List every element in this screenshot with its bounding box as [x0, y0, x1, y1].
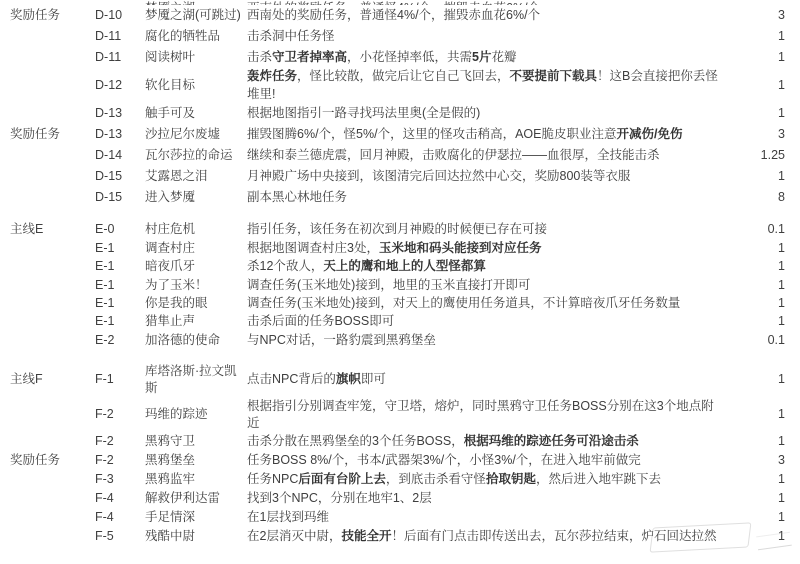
quest-row: E-1你是我的眼调查任务(玉米地处)接到，对天上的鹰使用任务道具，不计算暗夜爪牙…: [10, 295, 800, 313]
quest-value-cell: 1: [725, 490, 800, 508]
quest-value-cell: 8: [725, 189, 800, 207]
quest-value-cell: 3: [725, 452, 800, 470]
quest-name-cell: 艾露恩之泪: [145, 168, 247, 186]
quest-row: E-1猎隼止声击杀后面的任务BOSS即可1: [10, 313, 800, 331]
quest-id-cell: D-11: [95, 28, 145, 46]
quest-value-cell: 1: [725, 168, 800, 186]
description-segment: 后面有台阶上去: [298, 472, 386, 486]
quest-description-cell: 调查任务(玉米地处)接到，对天上的鹰使用任务道具，不计算暗夜爪牙任务数量: [247, 295, 725, 313]
description-segment: 根据地图调查村庄3处，: [247, 241, 379, 255]
quest-row: E-2加洛德的使命与NPC对话，一路豹震到黑鸦堡垒0.1: [10, 331, 800, 349]
description-segment: 即可: [361, 372, 386, 386]
description-segment: 调查任务(玉米地处)接到，对天上的鹰使用任务道具，不计算暗夜爪牙任务数量: [247, 296, 680, 310]
quest-name-cell: 进入梦魇: [145, 189, 247, 207]
quest-value-cell: 1: [725, 49, 800, 67]
quest-value-cell: 1: [725, 528, 800, 546]
category-cell: 主线E: [10, 221, 95, 239]
quest-name-cell: 梦魇之湖(可跳过): [145, 7, 247, 25]
quest-description-cell: 根据地图指引一路寻找玛法里奥(全是假的): [247, 105, 725, 123]
quest-row: 奖励任务D-10梦魇之湖(可跳过)西南处的奖励任务，普通怪4%/个，摧毁赤血花6…: [10, 5, 800, 26]
quest-name-cell: 沙拉尼尔废墟: [145, 126, 247, 144]
quest-name-cell: 手足情深: [145, 509, 247, 527]
quest-name-cell: 猎隼止声: [145, 313, 247, 331]
quest-row: D-13触手可及根据地图指引一路寻找玛法里奥(全是假的)1: [10, 103, 800, 124]
quest-id-cell: F-2: [95, 433, 145, 451]
description-segment: 点击NPC背后的: [247, 372, 336, 386]
quest-id-cell: E-1: [95, 258, 145, 276]
description-segment: 5片: [472, 50, 491, 64]
quest-row: F-3黑鸦监牢任务NPC后面有台阶上去，到底击杀看守怪拾取钥匙，然后进入地牢跳下…: [10, 471, 800, 490]
category-cell: 奖励任务: [10, 7, 95, 25]
quest-description-cell: 杀12个敌人，天上的鹰和地上的人型怪都算: [247, 258, 725, 276]
quest-name-cell: 瓦尔莎拉的命运: [145, 147, 247, 165]
quest-value-cell: 1: [725, 313, 800, 331]
quest-row: E-1暗夜爪牙杀12个敌人，天上的鹰和地上的人型怪都算1: [10, 258, 800, 276]
quest-id-cell: F-4: [95, 509, 145, 527]
quest-id-cell: D-10: [95, 7, 145, 25]
quest-id-cell: E-2: [95, 332, 145, 350]
description-segment: ，然后进入地牢跳下去: [536, 472, 661, 486]
quest-id-cell: F-5: [95, 528, 145, 546]
quest-description-cell: 与NPC对话，一路豹震到黑鸦堡垒: [247, 332, 725, 350]
description-segment: 任务NPC: [247, 472, 298, 486]
quest-id-cell: F-4: [95, 490, 145, 508]
description-segment: 摧毁图腾6%/个，怪5%/个，这里的怪攻击稍高，AOE脆皮职业注意: [247, 127, 616, 141]
quest-name-cell: 玛维的踪迹: [145, 406, 247, 424]
description-segment: 击杀洞中任务怪: [247, 29, 335, 43]
quest-name-cell: 软化目标: [145, 77, 247, 95]
quest-name-cell: 库塔洛斯·拉文凯斯: [145, 363, 247, 398]
quest-value-cell: 1: [725, 240, 800, 258]
quest-row: 奖励任务D-13沙拉尼尔废墟摧毁图腾6%/个，怪5%/个，这里的怪攻击稍高，AO…: [10, 124, 800, 145]
description-segment: 在2层消灭中尉，: [247, 529, 341, 543]
quest-description-cell: 击杀分散在黑鸦堡垒的3个任务BOSS，根据玛维的踪迹任务可沿途击杀: [247, 433, 725, 451]
quest-value-cell: 1: [725, 105, 800, 123]
description-segment: 击杀分散在黑鸦堡垒的3个任务BOSS，: [247, 434, 464, 448]
quest-value-cell: 3: [725, 126, 800, 144]
quest-row: 奖励任务F-2黑鸦堡垒任务BOSS 8%/个，书本/武器架3%/个，小怪3%/个…: [10, 452, 800, 471]
quest-description-cell: 点击NPC背后的旗帜即可: [247, 371, 725, 389]
quest-row: F-5残酷中尉在2层消灭中尉，技能全开！后面有门点击即传送出去，瓦尔莎拉结束，炉…: [10, 528, 800, 547]
quest-row: D-15进入梦魇副本黑心林地任务8: [10, 187, 800, 208]
quest-value-cell: 1: [725, 406, 800, 424]
description-segment: 开减伤/免伤: [616, 127, 682, 141]
quest-name-cell: 村庄危机: [145, 221, 247, 239]
description-segment: 根据地图指引一路寻找玛法里奥(全是假的): [247, 106, 480, 120]
quest-row: D-11阅读树叶击杀守卫者掉率高，小花怪掉率低，共需5片花瓣1: [10, 47, 800, 68]
quest-id-cell: F-2: [95, 406, 145, 424]
quest-name-cell: 触手可及: [145, 105, 247, 123]
quest-description-cell: 找到3个NPC，分别在地牢1、2层: [247, 490, 725, 508]
description-segment: 玉米地和码头能接到对应任务: [379, 241, 542, 255]
quest-description-cell: 根据地图调查村庄3处，玉米地和码头能接到对应任务: [247, 240, 725, 258]
quest-row: F-2玛维的踪迹根据指引分别调查牢笼，守卫塔，熔炉，同时黑鸦守卫任务BOSS分别…: [10, 398, 800, 433]
quest-name-cell: 加洛德的使命: [145, 332, 247, 350]
description-segment: 西南处的奖励任务，普通怪4%/个，摧毁赤血花6%/个: [247, 1, 540, 5]
description-segment: 在1层找到玛维: [247, 510, 329, 524]
quest-id-cell: F-1: [95, 371, 145, 389]
description-segment: ！后面有门点击即传送出去，瓦尔莎拉结束，炉石回达拉然: [391, 529, 716, 543]
quest-row: F-4手足情深在1层找到玛维1: [10, 509, 800, 528]
quest-row: D-14瓦尔莎拉的命运继续和泰兰德虎震，回月神殿，击败腐化的伊瑟拉——血很厚，全…: [10, 145, 800, 166]
quest-name-cell: 暗夜爪牙: [145, 258, 247, 276]
quest-description-cell: 西南处的奖励任务，普通怪4%/个，摧毁赤血花6%/个: [247, 7, 725, 25]
quest-value-cell: 1: [725, 371, 800, 389]
description-segment: 旗帜: [336, 372, 361, 386]
quest-value-cell: 1.25: [725, 147, 800, 165]
quest-description-cell: 任务NPC后面有台阶上去，到底击杀看守怪拾取钥匙，然后进入地牢跳下去: [247, 471, 725, 489]
category-cell: 奖励任务: [10, 452, 95, 470]
quest-row: D-15艾露恩之泪月神殿广场中央接到，该图清完后回达拉然中心交，奖励800装等衣…: [10, 166, 800, 187]
quest-row: E-1为了玉米！调查任务(玉米地处)接到，地里的玉米直接打开即可1: [10, 276, 800, 294]
quest-value-cell: 1: [725, 28, 800, 46]
quest-id-cell: D-15: [95, 168, 145, 186]
quest-description-cell: 在1层找到玛维: [247, 509, 725, 527]
quest-name-cell: 梦魇之湖: [145, 0, 247, 5]
quest-description-cell: 击杀守卫者掉率高，小花怪掉率低，共需5片花瓣: [247, 49, 725, 67]
description-segment: 任务BOSS 8%/个，书本/武器架3%/个，小怪3%/个，在进入地牢前做完: [247, 453, 641, 467]
quest-row: D-12软化目标轰炸任务，怪比较散，做完后让它自己飞回去，不要提前下载具！这B会…: [10, 68, 800, 103]
description-segment: 与NPC对话，一路豹震到黑鸦堡垒: [247, 333, 436, 347]
quest-row: F-2黑鸦守卫击杀分散在黑鸦堡垒的3个任务BOSS，根据玛维的踪迹任务可沿途击杀…: [10, 433, 800, 452]
quest-id-cell: D-15: [95, 189, 145, 207]
quest-row: E-1调查村庄根据地图调查村庄3处，玉米地和码头能接到对应任务1: [10, 239, 800, 257]
quest-description-cell: 继续和泰兰德虎震，回月神殿，击败腐化的伊瑟拉——血很厚，全技能击杀: [247, 147, 725, 165]
category-cell: 奖励任务: [10, 126, 95, 144]
description-segment: 调查任务(玉米地处)接到，地里的玉米直接打开即可: [247, 278, 530, 292]
description-segment: 拾取钥匙: [486, 472, 536, 486]
description-segment: 根据指引分别调查牢笼，守卫塔，熔炉，同时黑鸦守卫任务BOSS分别在这3个地点附近: [247, 399, 714, 431]
quest-description-cell: 轰炸任务，怪比较散，做完后让它自己飞回去，不要提前下载具！这B会直接把你丢怪堆里…: [247, 68, 725, 103]
quest-description-cell: 任务BOSS 8%/个，书本/武器架3%/个，小怪3%/个，在进入地牢前做完: [247, 452, 725, 470]
quest-name-cell: 腐化的牺牲品: [145, 28, 247, 46]
quest-value-cell: 1: [725, 277, 800, 295]
description-segment: 西南处的奖励任务，普通怪4%/个，摧毁赤血花6%/个: [247, 8, 540, 22]
quest-id-cell: D-14: [95, 147, 145, 165]
description-segment: 找到3个NPC，分别在地牢1、2层: [247, 491, 432, 505]
quest-value-cell: 1: [725, 471, 800, 489]
quest-value-cell: 1: [725, 295, 800, 313]
quest-id-cell: E-1: [95, 240, 145, 258]
quest-description-cell: 调查任务(玉米地处)接到，地里的玉米直接打开即可: [247, 277, 725, 295]
quest-row: F-4解救伊利达雷找到3个NPC，分别在地牢1、2层1: [10, 490, 800, 509]
quest-name-cell: 黑鸦堡垒: [145, 452, 247, 470]
quest-id-cell: D-13: [95, 105, 145, 123]
description-segment: ，到底击杀看守怪: [386, 472, 486, 486]
quest-value-cell: 0.1: [725, 332, 800, 350]
quest-row: 主线FF-1库塔洛斯·拉文凯斯点击NPC背后的旗帜即可1: [10, 363, 800, 398]
description-segment: 击杀: [247, 50, 272, 64]
quest-description-cell: 指引任务，该任务在初次到月神殿的时候便已存在可接: [247, 221, 725, 239]
quest-value-cell: 3: [725, 7, 800, 25]
description-segment: ，怪比较散，做完后让它自己飞回去，: [297, 69, 510, 83]
description-segment: 指引任务，该任务在初次到月神殿的时候便已存在可接: [247, 222, 547, 236]
quest-value-cell: 0.1: [725, 221, 800, 239]
quest-row: D-11腐化的牺牲品击杀洞中任务怪1: [10, 26, 800, 47]
quest-description-cell: 在2层消灭中尉，技能全开！后面有门点击即传送出去，瓦尔莎拉结束，炉石回达拉然: [247, 528, 725, 546]
quest-description-cell: 副本黑心林地任务: [247, 189, 725, 207]
quest-value-cell: 1: [725, 77, 800, 95]
description-segment: 不要提前下载具: [510, 69, 598, 83]
quest-name-cell: 为了玉米！: [145, 277, 247, 295]
category-cell: 主线F: [10, 371, 95, 389]
description-segment: 继续和泰兰德虎震，回月神殿，击败腐化的伊瑟拉——血很厚，全技能击杀: [247, 148, 660, 162]
quest-name-cell: 阅读树叶: [145, 49, 247, 67]
quest-value-cell: 1: [725, 258, 800, 276]
quest-name-cell: 残酷中尉: [145, 528, 247, 546]
quest-row: 主线EE-0村庄危机指引任务，该任务在初次到月神殿的时候便已存在可接0.1: [10, 221, 800, 239]
quest-name-cell: 黑鸦监牢: [145, 471, 247, 489]
quest-id-cell: D-11: [95, 49, 145, 67]
quest-guide-page: 梦魇之湖西南处的奖励任务，普通怪4%/个，摧毁赤血花6%/个奖励任务D-10梦魇…: [0, 0, 800, 564]
description-segment: 技能全开: [341, 529, 391, 543]
quest-name-cell: 你是我的眼: [145, 295, 247, 313]
description-segment: 副本黑心林地任务: [247, 190, 347, 204]
quest-name-cell: 解救伊利达雷: [145, 490, 247, 508]
quest-id-cell: E-1: [95, 313, 145, 331]
quest-description-cell: 月神殿广场中央接到，该图清完后回达拉然中心交，奖励800装等衣服: [247, 168, 725, 186]
description-segment: ，小花怪掉率低，共需: [347, 50, 472, 64]
description-segment: 杀12个敌人，: [247, 259, 323, 273]
description-segment: 花瓣: [492, 50, 517, 64]
quest-description-cell: 击杀洞中任务怪: [247, 28, 725, 46]
quest-description-cell: 摧毁图腾6%/个，怪5%/个，这里的怪攻击稍高，AOE脆皮职业注意开减伤/免伤: [247, 126, 725, 144]
quest-id-cell: E-0: [95, 221, 145, 239]
quest-id-cell: D-12: [95, 77, 145, 95]
description-segment: 守卫者掉率高: [272, 50, 347, 64]
quest-value-cell: 1: [725, 433, 800, 451]
quest-description-cell: 根据指引分别调查牢笼，守卫塔，熔炉，同时黑鸦守卫任务BOSS分别在这3个地点附近: [247, 398, 725, 433]
quest-value-cell: 1: [725, 509, 800, 527]
quest-description-cell: 击杀后面的任务BOSS即可: [247, 313, 725, 331]
quest-name-cell: 调查村庄: [145, 240, 247, 258]
quest-id-cell: F-2: [95, 452, 145, 470]
quest-id-cell: E-1: [95, 295, 145, 313]
quest-description-cell: 西南处的奖励任务，普通怪4%/个，摧毁赤血花6%/个: [247, 0, 725, 5]
description-segment: 轰炸任务: [247, 69, 297, 83]
quest-id-cell: F-3: [95, 471, 145, 489]
description-segment: 月神殿广场中央接到，该图清完后回达拉然中心交，奖励800装等衣服: [247, 169, 630, 183]
quest-id-cell: D-13: [95, 126, 145, 144]
quest-name-cell: 黑鸦守卫: [145, 433, 247, 451]
quest-table: 梦魇之湖西南处的奖励任务，普通怪4%/个，摧毁赤血花6%/个奖励任务D-10梦魇…: [0, 0, 800, 547]
description-segment: 天上的鹰和地上的人型怪都算: [323, 259, 486, 273]
quest-id-cell: E-1: [95, 277, 145, 295]
description-segment: 击杀后面的任务BOSS即可: [247, 314, 394, 328]
description-segment: 根据玛维的踪迹任务可沿途击杀: [464, 434, 639, 448]
